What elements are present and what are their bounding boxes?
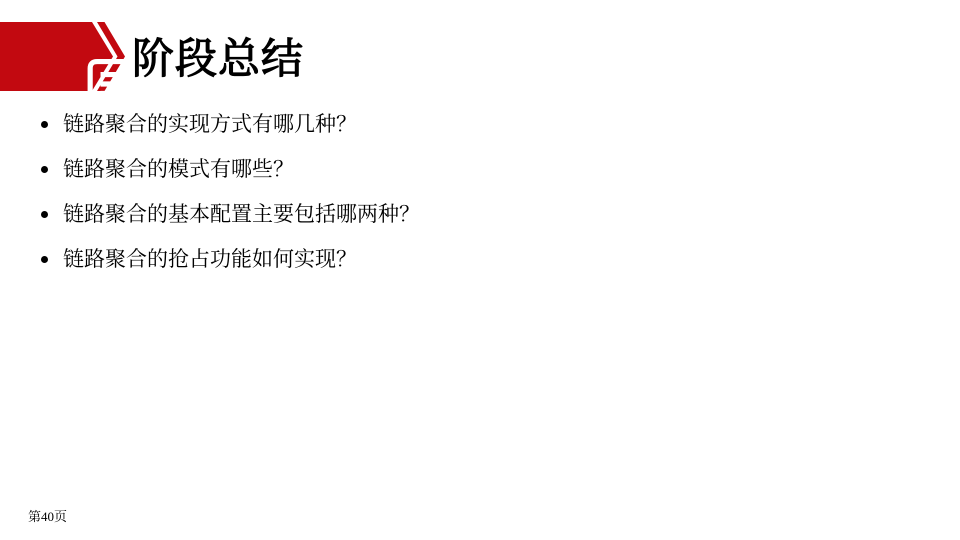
bullet-item: 链路聚合的抢占功能如何实现？ (41, 247, 901, 272)
receipt-outline (90, 62, 130, 120)
bullet-item: 链路聚合的基本配置主要包括哪两种？ (41, 202, 901, 227)
bullet-text: 链路聚合的抢占功能如何实现？ (63, 247, 357, 272)
page-number: 第40页 (28, 509, 67, 525)
bullet-text: 链路聚合的基本配置主要包括哪两种？ (63, 202, 420, 227)
bullet-text: 链路聚合的模式有哪些？ (63, 157, 294, 182)
bullet-dot (41, 256, 48, 263)
section-banner (0, 22, 130, 91)
bullet-dot (41, 211, 48, 218)
receipt-lines (101, 75, 120, 94)
bullet-text: 链路聚合的实现方式有哪几种？ (63, 112, 357, 137)
bullet-dot (41, 166, 48, 173)
slide-canvas: 阶段总结 链路聚合的实现方式有哪几种？ 链路聚合的模式有哪些？ 链路聚合的基本配… (0, 0, 960, 540)
slide-title: 阶段总结 (132, 38, 304, 82)
bullet-dot (41, 121, 48, 128)
bullet-list: 链路聚合的实现方式有哪几种？ 链路聚合的模式有哪些？ 链路聚合的基本配置主要包括… (41, 112, 901, 292)
bullet-item: 链路聚合的实现方式有哪几种？ (41, 112, 901, 137)
bullet-item: 链路聚合的模式有哪些？ (41, 157, 901, 182)
